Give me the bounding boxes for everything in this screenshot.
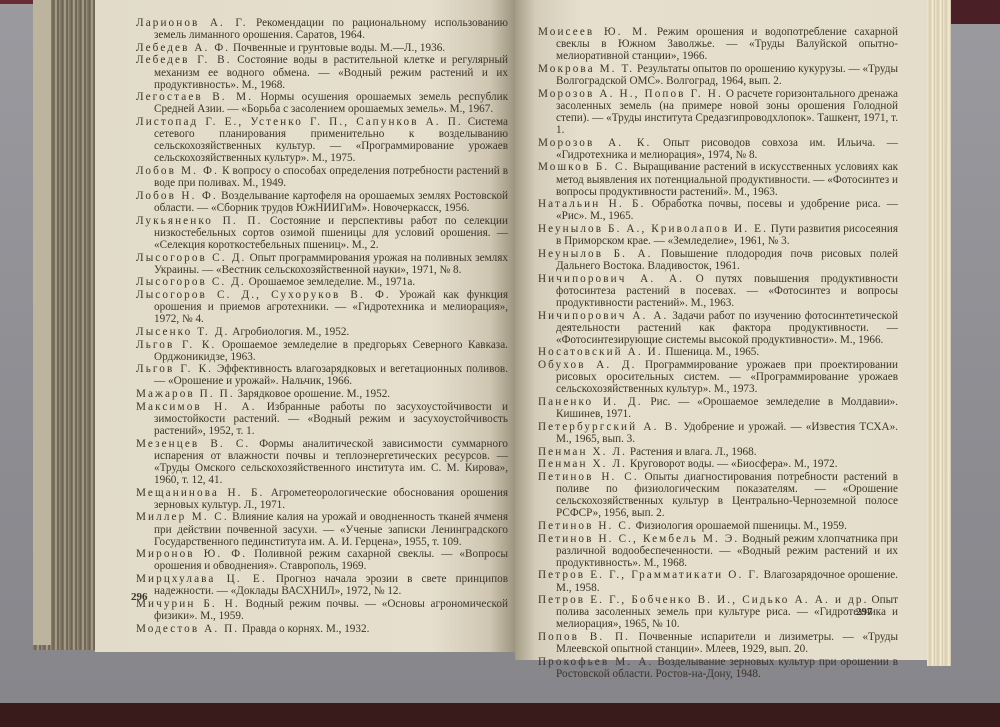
entry-author: Обухов А. Д. [538,359,637,371]
entry-author: Модестов А. П. [136,623,239,635]
entry-author: Петинов Н. С. [538,471,639,483]
bibliography-entry: Попов В. П. Почвенные испарители и лизим… [538,631,898,655]
bibliography-entry: Обухов А. Д. Программирование урожаев пр… [538,359,898,395]
bibliography-entry: Петров Е. Г., Бобченко В. И., Сидько А. … [538,594,898,630]
bibliography-entry: Лукьяненко П. П. Состояние и перспективы… [136,215,508,251]
entry-author: Паненко И. Д. [538,396,643,408]
bibliography-entry: Неунылов Б. А., Криволапов И. Е. Пути ра… [538,223,898,247]
bibliography-entry: Лысогоров С. Д. Опыт программирования ур… [136,252,508,276]
entry-author: Мажаров П. П. [136,388,235,400]
bibliography-entry: Моисеев Ю. М. Режим орошения и водопотре… [538,26,898,62]
bibliography-entry: Льгов Г. К. Орошаемое земледелие в предг… [136,339,508,363]
bibliography-entry: Ничипорович А. А. О путях повышения прод… [538,273,898,309]
entry-author: Лысогоров С. Д., Сухоруков В. Ф. [136,289,391,301]
entry-text: Правда о корнях. М., 1932. [239,623,369,635]
entry-author: Неунылов Б. А., Криволапов И. Е. [538,223,768,235]
bibliography-entry: Льгов Г. К. Эффективность влагозарядковы… [136,363,508,387]
entry-author: Миллер М. С. [136,511,229,523]
entry-author: Мокрова М. Т. [538,63,634,75]
entry-author: Льгов Г. К. [136,363,213,375]
entry-author: Ларионов А. Г. [136,17,248,29]
entry-author: Лысогоров С. Д. [136,276,246,288]
bibliography-entry: Неунылов Б. А. Повышение плодородия почв… [538,248,898,272]
page-number-left: 296 [131,591,148,603]
bibliography-entry: Миллер М. С. Влияние калия на урожай и о… [136,511,508,547]
bibliography-entry: Петинов Н. С., Кембель М. Э. Водный режи… [538,533,898,569]
bibliography-entry: Лебедев Г. В. Состояние воды в раститель… [136,54,508,90]
bibliography-entry: Максимов Н. А. Избранные работы по засух… [136,401,508,437]
entry-author: Петербургский А. В. [538,421,679,433]
bibliography-entry: Мошков Б. С. Выращивание растений в иску… [538,161,898,197]
bottom-edge-strip [0,703,1000,727]
bibliography-entry: Лобов М. Ф. К вопросу о способах определ… [136,165,508,189]
bibliography-entry: Листопад Г. Е., Устенко Г. П., Сапунков … [136,116,508,164]
entry-author: Лебедев А. Ф. [136,42,230,54]
bibliography-entry: Модестов А. П. Правда о корнях. М., 1932… [136,623,508,635]
bibliography-entry: Мещанинова Н. Б. Агрометеорологические о… [136,487,508,511]
bibliography-entry: Мажаров П. П. Зарядковое орошение. М., 1… [136,388,508,400]
entry-author: Ничипорович А. А. [538,273,684,285]
right-page-bibliography: Моисеев Ю. М. Режим орошения и водопотре… [538,26,898,681]
bibliography-entry: Легостаев В. М. Нормы осушения орошаемых… [136,91,508,115]
entry-author: Попов В. П. [538,631,630,643]
entry-author: Мещанинова Н. Б. [136,487,264,499]
entry-author: Листопад Г. Е., Устенко Г. П., Сапунков … [136,116,463,128]
left-page-bibliography: Ларионов А. Г. Рекомендации по рациональ… [136,17,508,635]
entry-author: Миронов Ю. Ф. [136,548,247,560]
bibliography-entry: Мирцхулава Ц. Е. Прогноз начала эрозии в… [136,573,508,597]
bibliography-entry: Петербургский А. В. Удобрение и урожай. … [538,421,898,445]
entry-author: Лобов М. Ф. [136,165,219,177]
page-number-right: 297 [856,606,873,618]
bibliography-entry: Лобов Н. Ф. Возделывание картофеля на ор… [136,190,508,214]
bibliography-entry: Мокрова М. Т. Результаты опытов по ороше… [538,63,898,87]
entry-author: Носатовский А. И. [538,346,663,358]
bibliography-entry: Петров Е. Г., Грамматикати О. Г. Влагоза… [538,569,898,593]
entry-text: Растения и влага. Л., 1968. [627,446,757,458]
entry-author: Петинов Н. С., Кембель М. Э. [538,533,739,545]
entry-author: Легостаев В. М. [136,91,253,103]
entry-author: Морозов А. Н., Попов Г. Н. [538,88,723,100]
bibliography-entry: Пенман Х. Л. Круговорот воды. — «Биосфер… [538,458,898,470]
entry-author: Льгов Г. К. [136,339,216,351]
entry-author: Лебедев Г. В. [136,54,232,66]
entry-author: Мичурин Б. Н. [136,598,240,610]
book-cover-left [33,0,51,645]
entry-author: Максимов Н. А. [136,401,257,413]
entry-author: Лысогоров С. Д. [136,252,246,264]
entry-text: Почвенные и грунтовые воды. М.—Л., 1936. [230,42,445,54]
entry-author: Петров Е. Г., Бобченко В. И., Сидько А. … [538,594,869,606]
bibliography-entry: Мезенцев В. С. Формы аналитической завис… [136,438,508,486]
corner-dark [950,0,1000,24]
entry-author: Петров Е. Г., Грамматикати О. Г. [538,569,761,581]
bibliography-entry: Носатовский А. И. Пшеница. М., 1965. [538,346,898,358]
bibliography-entry: Миронов Ю. Ф. Поливной режим сахарной св… [136,548,508,572]
entry-author: Лобов Н. Ф. [136,190,218,202]
entry-text: Агробиология. М., 1952. [229,326,349,338]
entry-author: Неунылов Б. А. [538,248,653,260]
book-page-edges-right [927,0,951,666]
bibliography-entry: Натальин Н. Б. Обработка почвы, посевы и… [538,198,898,222]
entry-author: Мошков Б. С. [538,161,629,173]
entry-text: Орошаемое земледелие. М., 1971а. [246,276,415,288]
entry-text: Зарядковое орошение. М., 1952. [235,388,390,400]
entry-text: Физиология орошаемой пшеницы. М., 1959. [633,520,847,532]
entry-author: Ничипорович А. А. [538,310,668,322]
entry-author: Моисеев Ю. М. [538,26,649,38]
bibliography-entry: Морозов А. Н., Попов Г. Н. О расчете гор… [538,88,898,136]
entry-author: Пенман Х. Л. [538,458,627,470]
bibliography-entry: Лебедев А. Ф. Почвенные и грунтовые воды… [136,42,508,54]
entry-text: Круговорот воды. — «Биосфера». М., 1972. [627,458,837,470]
bibliography-entry: Лысогоров С. Д. Орошаемое земледелие. М.… [136,276,508,288]
bibliography-entry: Лысенко Т. Д. Агробиология. М., 1952. [136,326,508,338]
bibliography-entry: Прокофьев М. А. Возделывание зерновых ку… [538,656,898,680]
bibliography-entry: Ларионов А. Г. Рекомендации по рациональ… [136,17,508,41]
bibliography-entry: Петинов Н. С. Опыты диагностирования пот… [538,471,898,519]
bibliography-entry: Петинов Н. С. Физиология орошаемой пшени… [538,520,898,532]
entry-author: Морозов А. К. [538,137,651,149]
entry-author: Натальин Н. Б. [538,198,645,210]
bibliography-entry: Лысогоров С. Д., Сухоруков В. Ф. Урожай … [136,289,508,325]
bibliography-entry: Паненко И. Д. Рис. — «Орошаемое земледел… [538,396,898,420]
entry-author: Мезенцев В. С. [136,438,250,450]
bibliography-entry: Мичурин Б. Н. Водный режим почвы. — «Осн… [136,598,508,622]
bibliography-entry: Пенман Х. Л. Растения и влага. Л., 1968. [538,446,898,458]
entry-author: Лысенко Т. Д. [136,326,229,338]
entry-text: Пшеница. М., 1965. [663,346,760,358]
entry-author: Петинов Н. С. [538,520,633,532]
bibliography-entry: Морозов А. К. Опыт рисоводов совхоза им.… [538,137,898,161]
entry-author: Мирцхулава Ц. Е. [136,573,267,585]
entry-author: Прокофьев М. А. [538,656,653,668]
entry-author: Пенман Х. Л. [538,446,627,458]
entry-author: Лукьяненко П. П. [136,215,262,227]
bibliography-entry: Ничипорович А. А. Задачи работ по изучен… [538,310,898,346]
